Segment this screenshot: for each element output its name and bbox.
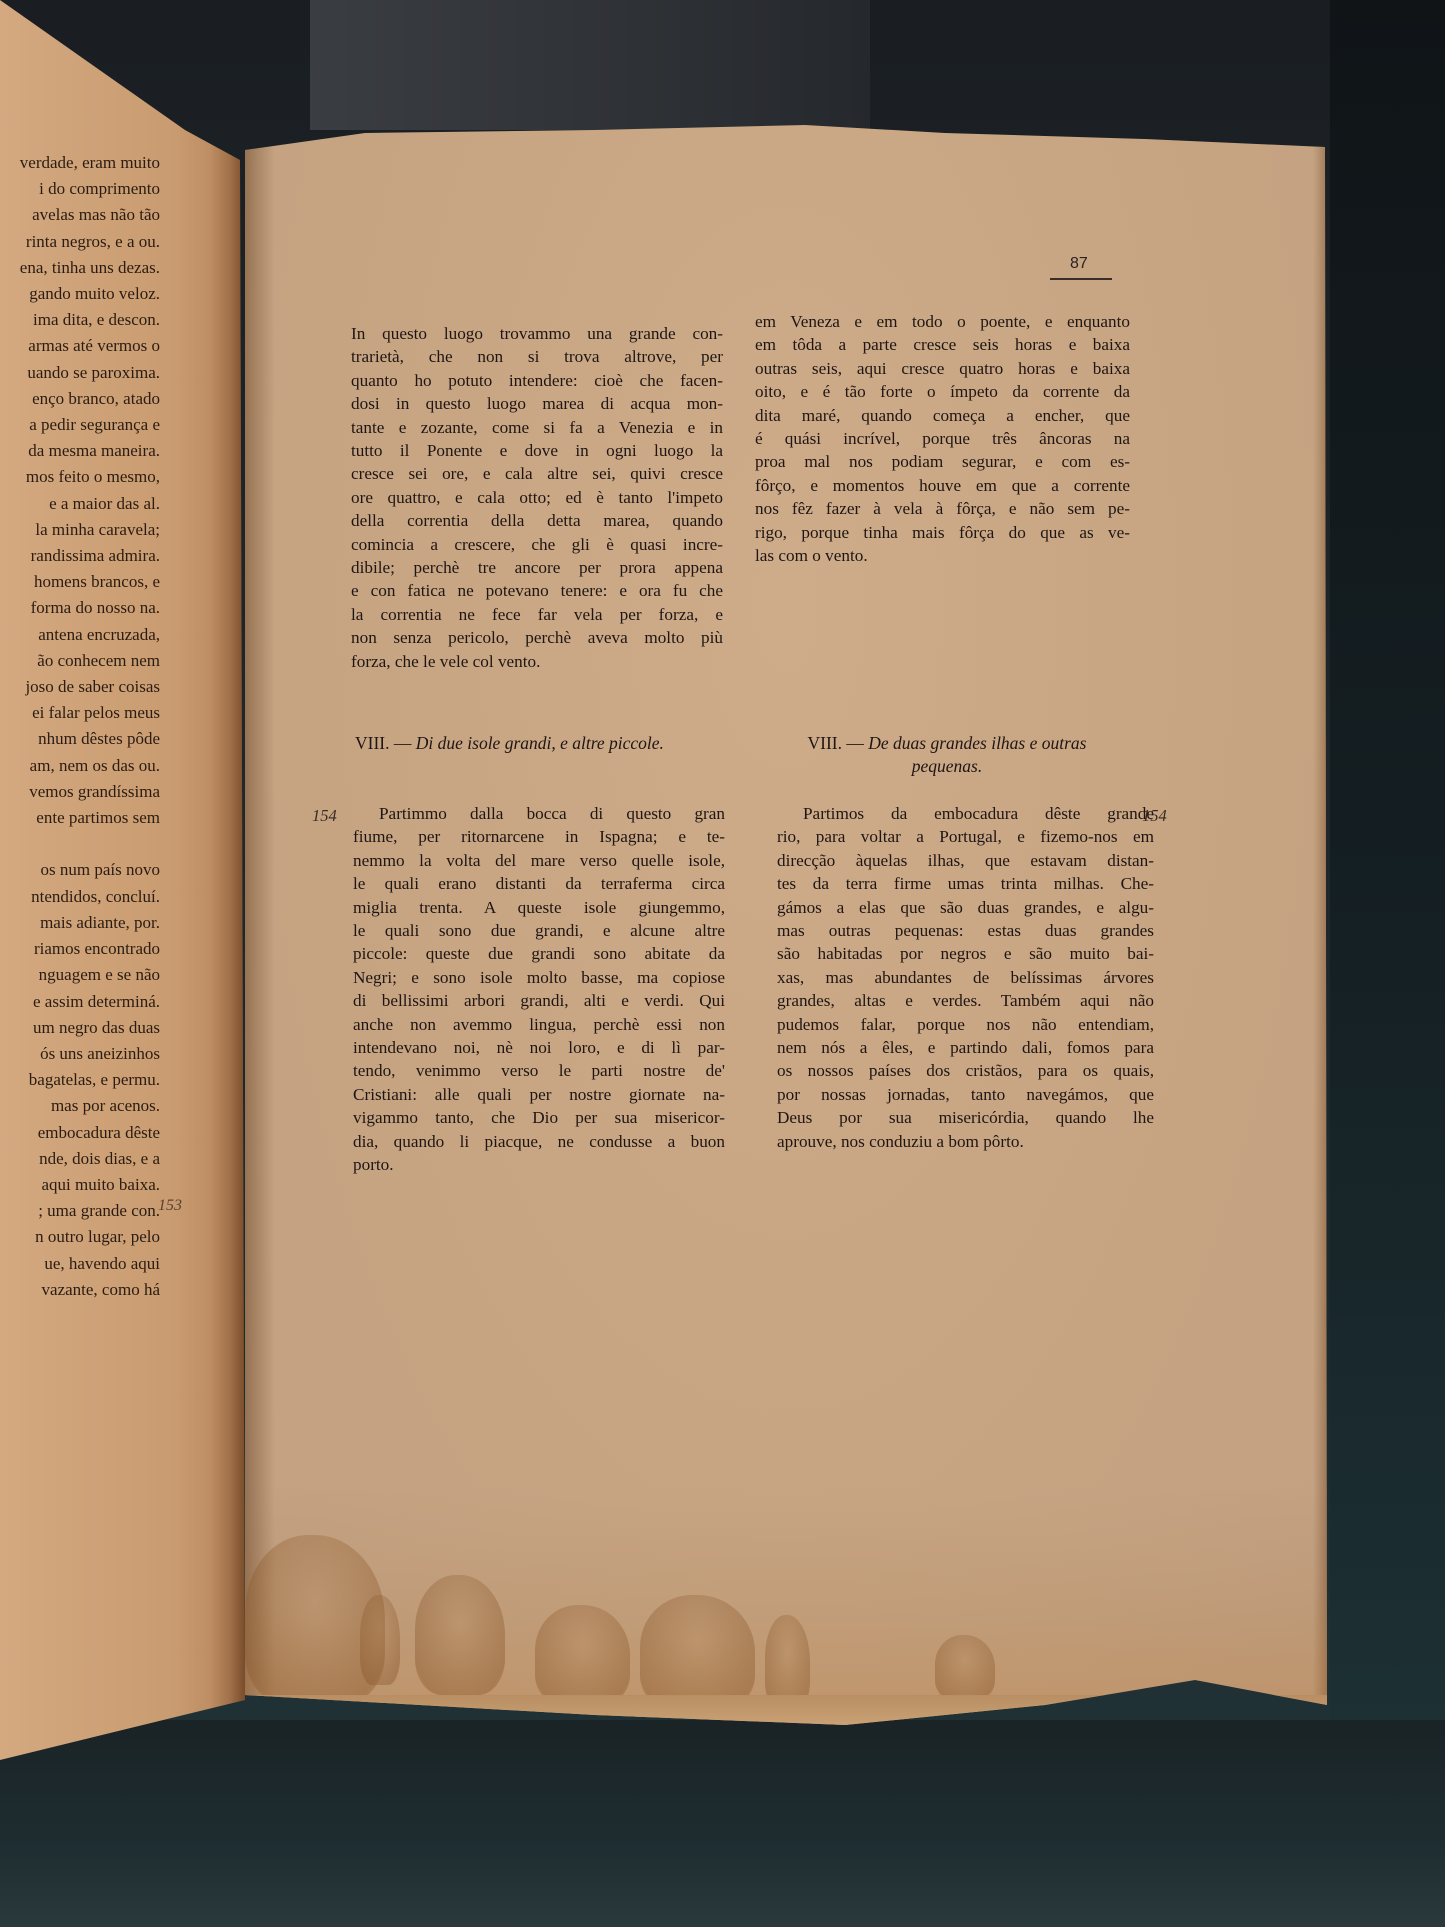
background-object — [310, 0, 870, 130]
text-line: em tôda a parte cresce seis horas e baix… — [755, 333, 1130, 356]
text-line: las com o vento. — [755, 544, 1130, 567]
text-line: vazante, como há — [0, 1277, 160, 1303]
italian-column-section1: In questo luogo trovammo una grande con-… — [351, 322, 723, 673]
text-line: quanto ho potuto intendere: cioè che fac… — [351, 369, 723, 392]
text-line: ão conhecem nem — [0, 648, 160, 674]
left-page-text: verdade, eram muitoi do comprimentoavela… — [0, 150, 160, 1303]
text-line: In questo luogo trovammo una grande con- — [351, 322, 723, 345]
left-page: verdade, eram muitoi do comprimentoavela… — [0, 0, 250, 1760]
text-line: ós uns aneizinhos — [0, 1041, 160, 1067]
text-line: dibile; perchè tre ancore per prora appe… — [351, 556, 723, 579]
water-stain — [535, 1605, 630, 1705]
text-line: direcção àquelas ilhas, que estavam dist… — [777, 849, 1154, 872]
text-line: armas até vermos o — [0, 333, 160, 359]
background-dark — [1330, 0, 1445, 1927]
text-line: mas por acenos. — [0, 1093, 160, 1119]
text-line: forma do nosso na. — [0, 595, 160, 621]
text-line: em Veneza e em todo o poente, e enquanto — [755, 310, 1130, 333]
text-line: intendevano noi, nè noi loro, e di lì pa… — [353, 1036, 725, 1059]
text-line: aqui muito baixa. — [0, 1172, 160, 1198]
text-line: della correntia della detta marea, quand… — [351, 509, 723, 532]
text-line: ena, tinha uns dezas. — [0, 255, 160, 281]
text-line: rio, para voltar a Portugal, e fizemo-no… — [777, 825, 1154, 848]
water-stain — [935, 1635, 995, 1700]
text-line: porto. — [353, 1153, 725, 1176]
text-line: le quali erano distanti da terraferma ci… — [353, 872, 725, 895]
text-line: dia, quando li piacque, ne condusse a bu… — [353, 1130, 725, 1153]
text-line: mos feito o mesmo, — [0, 464, 160, 490]
text-line: enço branco, atado — [0, 386, 160, 412]
text-line: os num país novo — [0, 857, 160, 883]
text-line: ima dita, e descon. — [0, 307, 160, 333]
page-number-rule — [1050, 278, 1112, 280]
text-line: nemmo la volta del mare verso quelle iso… — [353, 849, 725, 872]
italian-chapter-title: Di due isole grandi, e altre piccole. — [416, 733, 664, 753]
text-line: fiume, per ritornarcene in Ispagna; e te… — [353, 825, 725, 848]
portuguese-chapter-number: VIII. — — [807, 733, 863, 753]
text-line: e con fatica ne potevano tenere: e ora f… — [351, 579, 723, 602]
text-line: piccole: queste due grandi sono abitate … — [353, 942, 725, 965]
text-line: bagatelas, e permu. — [0, 1067, 160, 1093]
text-line: tes da terra firme umas trinta milhas. C… — [777, 872, 1154, 895]
text-line: nguagem e se não — [0, 962, 160, 988]
text-line: a pedir segurança e — [0, 412, 160, 438]
text-line: i do comprimento — [0, 176, 160, 202]
text-line: mais adiante, por. — [0, 910, 160, 936]
text-line: la correntia ne fece far vela per forza,… — [351, 603, 723, 626]
text-line: vigammo tanto, che Dio per sua misericor… — [353, 1106, 725, 1129]
text-line: tutto il Ponente e dove in ogni luogo la — [351, 439, 723, 462]
text-line: ore quattro, e cala otto; ed è tanto l'i… — [351, 486, 723, 509]
text-line: da mesma maneira. — [0, 438, 160, 464]
text-line: grandes, altas e verdes. Também aqui não — [777, 989, 1154, 1012]
text-line: antena encruzada, — [0, 622, 160, 648]
text-line: riamos encontrado — [0, 936, 160, 962]
text-line: avelas mas não tão — [0, 202, 160, 228]
text-line: xas, mas abundantes de belíssimas árvore… — [777, 966, 1154, 989]
text-line: um negro das duas — [0, 1015, 160, 1041]
italian-margin-number: 154 — [312, 806, 337, 826]
portuguese-column-section2: Partimos da embocadura dêste granderio, … — [777, 802, 1154, 1153]
text-line: nhum dêstes pôde — [0, 726, 160, 752]
text-line: randissima admira. — [0, 543, 160, 569]
text-line: non senza pericolo, perchè aveva molto p… — [351, 626, 723, 649]
text-line: nos fêz fazer à vela à fôrça, e não sem … — [755, 497, 1130, 520]
text-line: ue, havendo aqui — [0, 1251, 160, 1277]
text-line: Negri; e sono isole molto basse, ma copi… — [353, 966, 725, 989]
text-line: uando se paroxima. — [0, 360, 160, 386]
text-line: oito, e é tão forte o ímpeto da corrente… — [755, 380, 1130, 403]
text-line: tendo, venimmo verso le parti nostre de' — [353, 1059, 725, 1082]
background-table — [0, 1720, 1445, 1927]
text-line: n outro lugar, pelo — [0, 1224, 160, 1250]
text-line: dita maré, quando começa a encher, que — [755, 404, 1130, 427]
text-line: proa mal nos podiam segurar, e com es- — [755, 450, 1130, 473]
text-line: por nossas jornadas, tanto navegámos, qu… — [777, 1083, 1154, 1106]
spine-shadow — [210, 0, 250, 1760]
text-line: di bellissimi arbori grandi, alti e verd… — [353, 989, 725, 1012]
text-line: aprouve, nos conduziu a bom pôrto. — [777, 1130, 1154, 1153]
water-stain — [360, 1595, 400, 1685]
text-line: outras seis, aqui cresce quatro horas e … — [755, 357, 1130, 380]
text-line: ntendidos, concluí. — [0, 884, 160, 910]
text-line: rigo, porque tinha mais fôrça do que as … — [755, 521, 1130, 544]
text-line: nem nós a êles, e partindo dali, fomos p… — [777, 1036, 1154, 1059]
right-page: 87 In questo luogo trovammo una grande c… — [245, 125, 1327, 1725]
water-stain — [415, 1575, 505, 1695]
text-line: os nossos países dos cristãos, para os q… — [777, 1059, 1154, 1082]
text-line: anche non avemmo lingua, perchè essi non — [353, 1013, 725, 1036]
text-line: dosi in questo luogo marea di acqua mon- — [351, 392, 723, 415]
portuguese-chapter-heading: VIII. — De duas grandes ilhas e outras p… — [757, 732, 1137, 778]
text-line: forza, che le vele col vento. — [351, 650, 723, 673]
text-line: nde, dois dias, e a — [0, 1146, 160, 1172]
text-line: la minha caravela; — [0, 517, 160, 543]
text-line: miglia trenta. A queste isole giungemmo, — [353, 896, 725, 919]
text-line: tante e zozante, come si fa a Venezia e … — [351, 416, 723, 439]
portuguese-column-section1: em Veneza e em todo o poente, e enquanto… — [755, 310, 1130, 567]
text-line: homens brancos, e — [0, 569, 160, 595]
text-line: vemos grandíssima — [0, 779, 160, 805]
text-line: Cristiani: alle quali per nostre giornat… — [353, 1083, 725, 1106]
portuguese-chapter-title: De duas grandes ilhas e outras — [868, 733, 1086, 753]
water-stain — [640, 1595, 755, 1710]
left-margin-number: 153 — [158, 1197, 182, 1215]
text-line: verdade, eram muito — [0, 150, 160, 176]
text-line: e a maior das al. — [0, 491, 160, 517]
text-line: e assim determiná. — [0, 989, 160, 1015]
italian-chapter-heading: VIII. — Di due isole grandi, e altre pic… — [355, 732, 735, 755]
italian-column-section2: Partimmo dalla bocca di questo granfiume… — [353, 802, 725, 1177]
text-line: am, nem os das ou. — [0, 753, 160, 779]
text-line: fôrço, e momentos houve em que a corrent… — [755, 474, 1130, 497]
text-line: ei falar pelos meus — [0, 700, 160, 726]
text-line: trarietà, che non si trova altrove, per — [351, 345, 723, 368]
text-line: pudemos falar, porque nos não entendiam, — [777, 1013, 1154, 1036]
text-line: rinta negros, e a ou. — [0, 229, 160, 255]
text-line: ente partimos sem — [0, 805, 160, 831]
text-line: é quási incrível, porque três âncoras na — [755, 427, 1130, 450]
text-line — [0, 831, 160, 857]
text-line: comincia a crescere, che gli è quasi inc… — [351, 533, 723, 556]
text-line: Deus por sua misericórdia, quando lhe — [777, 1106, 1154, 1129]
text-line: gando muito veloz. — [0, 281, 160, 307]
portuguese-chapter-title-line2: pequenas. — [912, 756, 982, 776]
text-line: Partimmo dalla bocca di questo gran — [353, 802, 725, 825]
text-line: cresce sei ore, e cala altre sei, quivi … — [351, 462, 723, 485]
page-number: 87 — [1070, 255, 1088, 273]
text-line: são habitadas por negros e são muito bai… — [777, 942, 1154, 965]
italian-chapter-number: VIII. — — [355, 733, 411, 753]
text-line: mas outras pequenas: estas duas grandes — [777, 919, 1154, 942]
text-line: joso de saber coisas — [0, 674, 160, 700]
text-line: le quali sono due grandi, e alcune altre — [353, 919, 725, 942]
text-line: ; uma grande con. — [0, 1198, 160, 1224]
text-line: embocadura dêste — [0, 1120, 160, 1146]
text-line: gámos a elas que são duas grandes, e alg… — [777, 896, 1154, 919]
text-line: Partimos da embocadura dêste grande — [777, 802, 1154, 825]
